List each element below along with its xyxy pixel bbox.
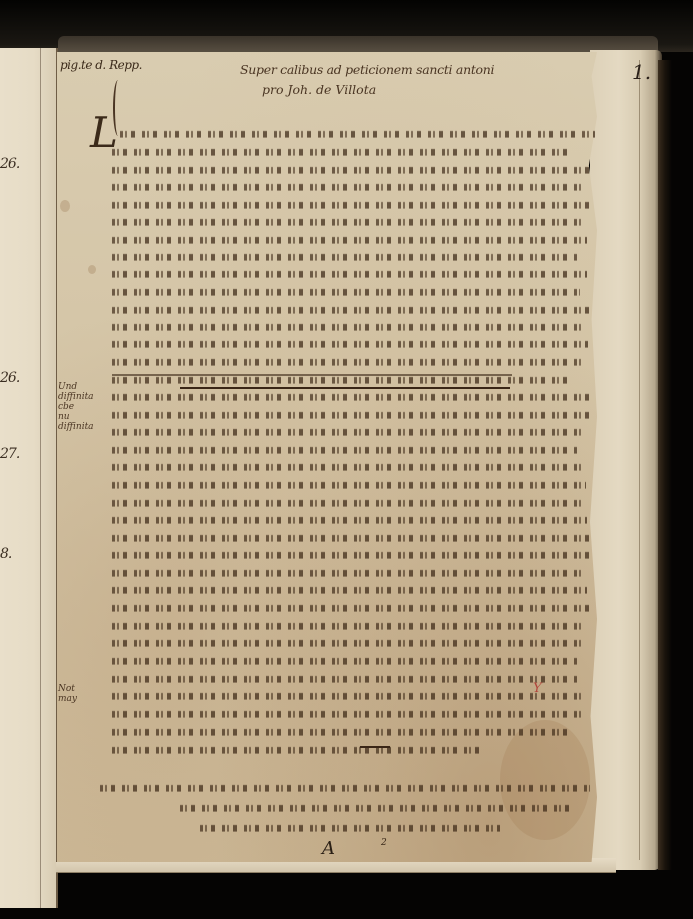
binding-shadow: [658, 60, 672, 870]
text-line: [180, 802, 570, 814]
text-line: [112, 146, 567, 158]
text-line: [112, 321, 582, 333]
text-line: [112, 286, 580, 298]
stain: [88, 265, 96, 274]
text-line: [112, 549, 590, 561]
text-line: [112, 620, 582, 632]
text-line: [100, 782, 590, 794]
text-line: [112, 602, 590, 614]
text-line: [112, 744, 482, 756]
text-line: [112, 234, 587, 246]
document-title: Super calibus ad peticionem sancti anton…: [240, 62, 494, 77]
stain: [60, 200, 70, 212]
page-edge: [639, 60, 640, 860]
text-line: [112, 479, 586, 491]
binding-edge: [58, 36, 658, 54]
left-page-number: 8.: [0, 546, 11, 562]
margin-note-text: Not may: [58, 684, 77, 704]
text-line: [112, 532, 592, 544]
stain: [500, 720, 590, 840]
margin-note-text: Und diffinita cbe nu diffinita: [58, 382, 94, 432]
text-line: [112, 673, 577, 685]
text-line: [112, 391, 592, 403]
margin-note: Not may: [58, 684, 77, 704]
page-stack-right: [590, 50, 662, 870]
text-line: [112, 216, 582, 228]
text-line: [112, 304, 592, 316]
text-line: [112, 426, 582, 438]
text-line: [112, 690, 582, 702]
margin-note: Und diffinita cbe nu diffinita: [58, 382, 94, 432]
footer-mark: 2: [381, 838, 387, 848]
header-note: pig.te d. Repp.: [60, 58, 142, 72]
text-line: [112, 584, 587, 596]
strikethrough: [112, 374, 512, 376]
catchword: A: [322, 838, 335, 859]
strikethrough: [180, 387, 510, 389]
text-line: [112, 655, 577, 667]
red-ink-mark: Y: [533, 681, 542, 696]
strikethrough: [360, 746, 390, 748]
text-line: [112, 409, 590, 421]
text-line: [112, 181, 582, 193]
text-line: [112, 567, 582, 579]
left-page-rule: [40, 48, 41, 908]
folio-number: 1.: [632, 60, 651, 84]
text-line: [112, 356, 582, 368]
left-page-number: 26.: [0, 370, 19, 386]
text-line: [112, 268, 587, 280]
left-page-number: 26.: [0, 156, 19, 172]
document-subtitle: pro Joh. de Villota: [262, 82, 376, 97]
text-line: [112, 199, 590, 211]
text-line: [112, 164, 592, 176]
text-line: [112, 726, 572, 738]
text-line: [112, 708, 582, 720]
text-line: [112, 514, 587, 526]
text-line: [112, 497, 582, 509]
facing-page-left: 26. 26. 27. 8.: [0, 48, 58, 908]
text-line: [112, 461, 582, 473]
text-line: [200, 822, 500, 834]
text-line: [112, 251, 578, 263]
text-line: [112, 338, 588, 350]
text-line: [112, 637, 582, 649]
left-page-number: 27.: [0, 446, 19, 462]
text-line: [112, 444, 577, 456]
text-line: [120, 128, 595, 140]
